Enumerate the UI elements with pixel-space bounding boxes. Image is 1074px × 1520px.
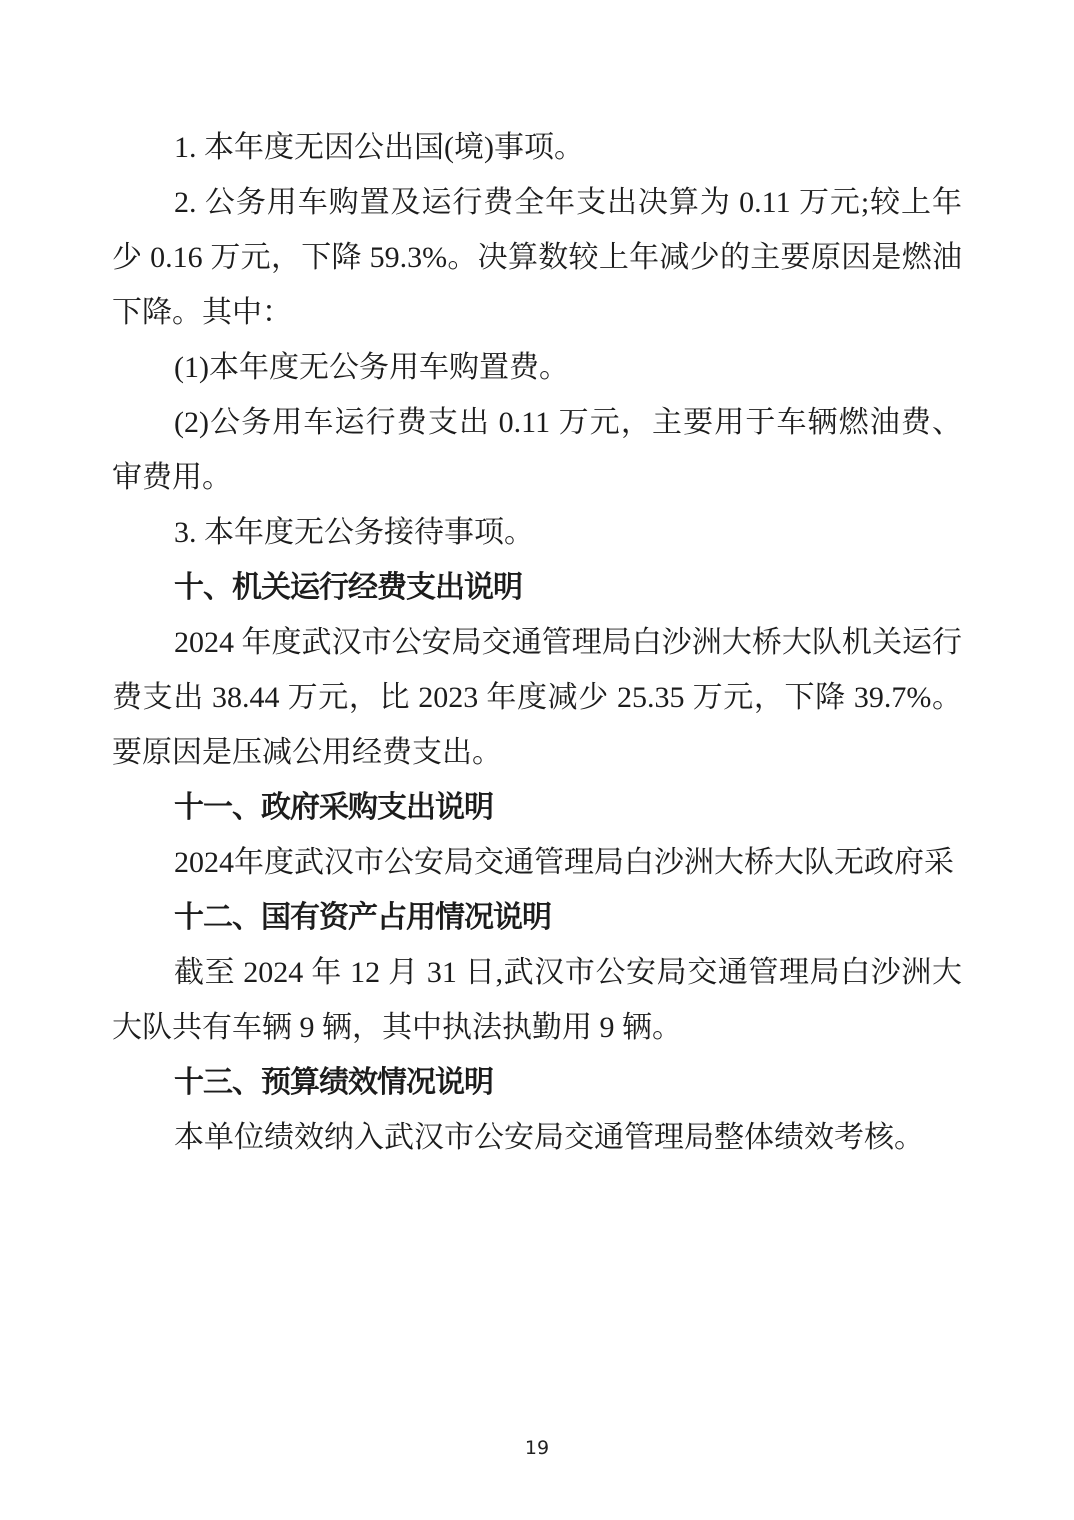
paragraph-line: 审费用。 xyxy=(112,450,962,505)
section-heading-10: 十、机关运行经费支出说明 xyxy=(112,560,962,615)
paragraph-line: 下降。其中： xyxy=(112,285,962,340)
paragraph-line: 1. 本年度无因公出国(境)事项。 xyxy=(112,120,962,175)
paragraph-line: 费支出 38.44 万元，比 2023 年度减少 25.35 万元，下降 39.… xyxy=(112,670,962,725)
paragraph-line: (2)公务用车运行费支出 0.11 万元，主要用于车辆燃油费、年 xyxy=(112,395,962,450)
paragraph-performance: 本单位绩效纳入武汉市公安局交通管理局整体绩效考核。 xyxy=(112,1110,962,1165)
paragraph-line: 少 0.16 万元，下降 59.3%。决算数较上年减少的主要原因是燃油费 xyxy=(112,230,962,285)
paragraph-vehicle-cost: 2. 公务用车购置及运行费全年支出决算为 0.11 万元;较上年减 少 0.16… xyxy=(112,175,962,340)
paragraph-line: 本单位绩效纳入武汉市公安局交通管理局整体绩效考核。 xyxy=(112,1110,962,1165)
paragraph-line: 2024年度武汉市公安局交通管理局白沙洲大桥大队无政府采购。 xyxy=(112,835,962,890)
paragraph-no-reception: 3. 本年度无公务接待事项。 xyxy=(112,505,962,560)
section-heading-11: 十一、政府采购支出说明 xyxy=(112,780,962,835)
document-page: 1. 本年度无因公出国(境)事项。 2. 公务用车购置及运行费全年支出决算为 0… xyxy=(0,0,1074,1520)
paragraph-no-purchase: (1)本年度无公务用车购置费。 xyxy=(112,340,962,395)
paragraph-operating-expense: 2024 年度武汉市公安局交通管理局白沙洲大桥大队机关运行经 费支出 38.44… xyxy=(112,615,962,780)
paragraph-line: 大队共有车辆 9 辆，其中执法执勤用 9 辆。 xyxy=(112,1000,962,1055)
paragraph-line: 截至 2024 年 12 月 31 日,武汉市公安局交通管理局白沙洲大桥 xyxy=(112,945,962,1000)
section-heading-12: 十二、国有资产占用情况说明 xyxy=(112,890,962,945)
page-number: 19 xyxy=(0,1437,1074,1459)
paragraph-line: 要原因是压减公用经费支出。 xyxy=(112,725,962,780)
paragraph-car-abroad: 1. 本年度无因公出国(境)事项。 xyxy=(112,120,962,175)
section-heading-13: 十三、预算绩效情况说明 xyxy=(112,1055,962,1110)
paragraph-line: (1)本年度无公务用车购置费。 xyxy=(112,340,962,395)
paragraph-procurement: 2024年度武汉市公安局交通管理局白沙洲大桥大队无政府采购。 xyxy=(112,835,962,890)
paragraph-state-assets: 截至 2024 年 12 月 31 日,武汉市公安局交通管理局白沙洲大桥 大队共… xyxy=(112,945,962,1055)
paragraph-line: 2. 公务用车购置及运行费全年支出决算为 0.11 万元;较上年减 xyxy=(112,175,962,230)
paragraph-line: 3. 本年度无公务接待事项。 xyxy=(112,505,962,560)
paragraph-operating-cost: (2)公务用车运行费支出 0.11 万元，主要用于车辆燃油费、年 审费用。 xyxy=(112,395,962,505)
paragraph-line: 2024 年度武汉市公安局交通管理局白沙洲大桥大队机关运行经 xyxy=(112,615,962,670)
document-body: 1. 本年度无因公出国(境)事项。 2. 公务用车购置及运行费全年支出决算为 0… xyxy=(112,120,962,1165)
